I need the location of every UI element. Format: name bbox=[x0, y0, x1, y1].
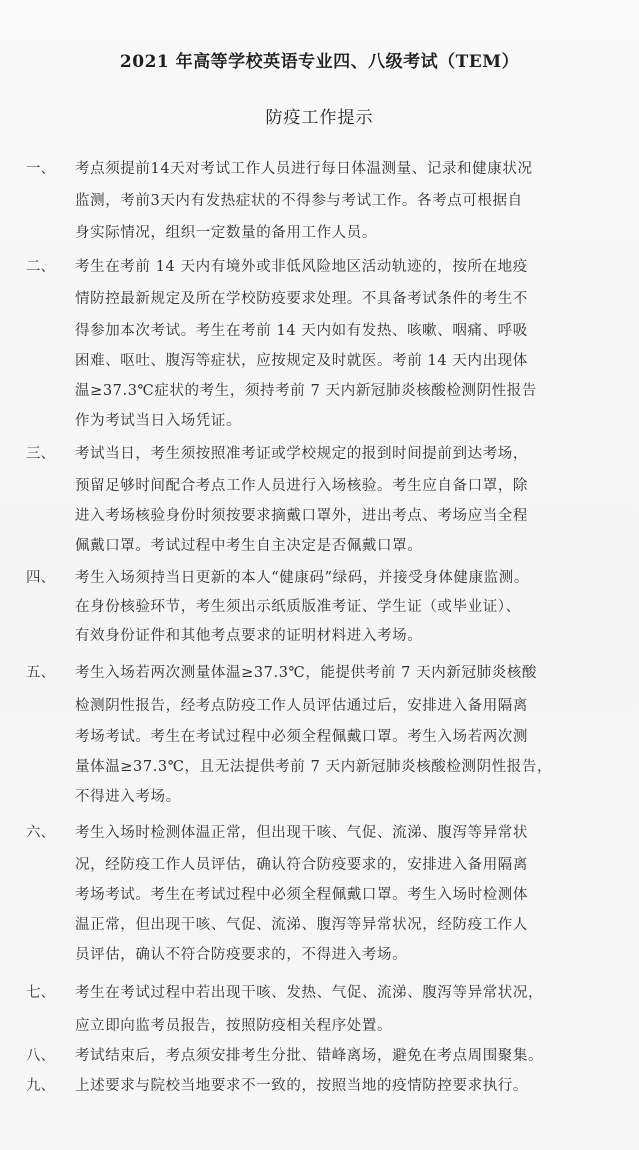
item-line: 佩戴口罩。考试过程中考生自主决定是否佩戴口罩。 bbox=[75, 536, 615, 566]
item-number: 二、 bbox=[26, 257, 55, 277]
item-line: 有效身份证件和其他考点要求的证明材料进入考场。 bbox=[75, 626, 615, 655]
item-line: 考试当日，考生须按照准考证或学校规定的报到时间提前到达考场， bbox=[75, 444, 615, 476]
item-line: 身实际情况，组织一定数量的备用工作人员。 bbox=[75, 223, 615, 255]
item-line: 考生入场若两次测量体温≥37.3℃，能提供考前 7 天内新冠肺炎核酸 bbox=[75, 663, 615, 696]
item-number: 五、 bbox=[26, 663, 55, 683]
document-title: 2021 年高等学校英语专业四、八级考试（TEM） bbox=[0, 47, 639, 72]
item-line: 困难、呕吐、腹泻等症状，应按规定及时就医。考前 14 天内出现体 bbox=[75, 351, 615, 381]
item-line: 监测，考前3天内有发热症状的不得参与考试工作。各考点可根据自 bbox=[75, 191, 615, 223]
item-line: 考生在考前 14 天内有境外或非低风险地区活动轨迹的，按所在地疫 bbox=[75, 257, 615, 289]
item-number: 九、 bbox=[26, 1076, 55, 1096]
item-line: 考生在考试过程中若出现干咳、发热、气促、流涕、腹泻等异常状况， bbox=[75, 983, 615, 1016]
item-line: 预留足够时间配合考点工作人员进行入场核验。考生应自备口罩，除 bbox=[75, 476, 615, 506]
item-line: 考生入场时检测体温正常，但出现干咳、气促、流涕、腹泻等异常状 bbox=[75, 823, 615, 855]
item-line: 考场考试。考生在考试过程中必须全程佩戴口罩。考生入场若两次测 bbox=[75, 727, 615, 757]
item-line: 量体温≥37.3℃，且无法提供考前 7 天内新冠肺炎核酸检测阴性报告， bbox=[75, 757, 615, 787]
item-line: 考场考试。考生在考试过程中必须全程佩戴口罩。考生入场时检测体 bbox=[75, 885, 615, 915]
item-number: 四、 bbox=[26, 568, 55, 588]
item-line: 温正常，但出现干咳、气促、流涕、腹泻等异常状况，经防疫工作人 bbox=[75, 915, 615, 945]
item-line: 况，经防疫工作人员评估，确认符合防疫要求的，安排进入备用隔离 bbox=[75, 855, 615, 885]
item-line: 应立即向监考员报告，按照防疫相关程序处置。 bbox=[75, 1016, 615, 1044]
item-line: 员评估，确认不符合防疫要求的，不得进入考场。 bbox=[75, 945, 615, 975]
item-line: 不得进入考场。 bbox=[75, 787, 615, 817]
item-line: 得参加本次考试。考生在考前 14 天内如有发热、咳嗽、咽痛、呼吸 bbox=[75, 321, 615, 351]
document-subtitle: 防疫工作提示 bbox=[0, 103, 639, 128]
item-line: 作为考试当日入场凭证。 bbox=[75, 411, 615, 441]
item-line: 进入考场核验身份时须按要求摘戴口罩外，进出考点、考场应当全程 bbox=[75, 506, 615, 536]
item-number: 七、 bbox=[26, 983, 55, 1003]
item-line: 检测阴性报告，经考点防疫工作人员评估通过后，安排进入备用隔离 bbox=[75, 696, 615, 727]
item-number: 八、 bbox=[26, 1046, 55, 1066]
scanned-page: 2021 年高等学校英语专业四、八级考试（TEM） 防疫工作提示 一、 考点须提… bbox=[0, 0, 639, 1150]
item-line: 温≥37.3℃症状的考生，须持考前 7 天内新冠肺炎核酸检测阴性报告 bbox=[75, 381, 615, 411]
item-line: 考生入场须持当日更新的本人“健康码”绿码，并接受身体健康监测。 bbox=[75, 568, 615, 597]
item-line: 上述要求与院校当地要求不一致的，按照当地的疫情防控要求执行。 bbox=[75, 1076, 615, 1096]
item-line: 情防控最新规定及所在学校防疫要求处理。不具备考试条件的考生不 bbox=[75, 289, 615, 321]
item-number: 三、 bbox=[26, 444, 55, 464]
item-number: 六、 bbox=[26, 823, 55, 843]
item-number: 一、 bbox=[26, 159, 55, 179]
item-line: 考点须提前14天对考试工作人员进行每日体温测量、记录和健康状况 bbox=[75, 159, 615, 191]
item-line: 在身份核验环节，考生须出示纸质版准考证、学生证（或毕业证）、 bbox=[75, 597, 615, 626]
item-line: 考试结束后，考点须安排考生分批、错峰离场，避免在考点周围聚集。 bbox=[75, 1046, 615, 1066]
